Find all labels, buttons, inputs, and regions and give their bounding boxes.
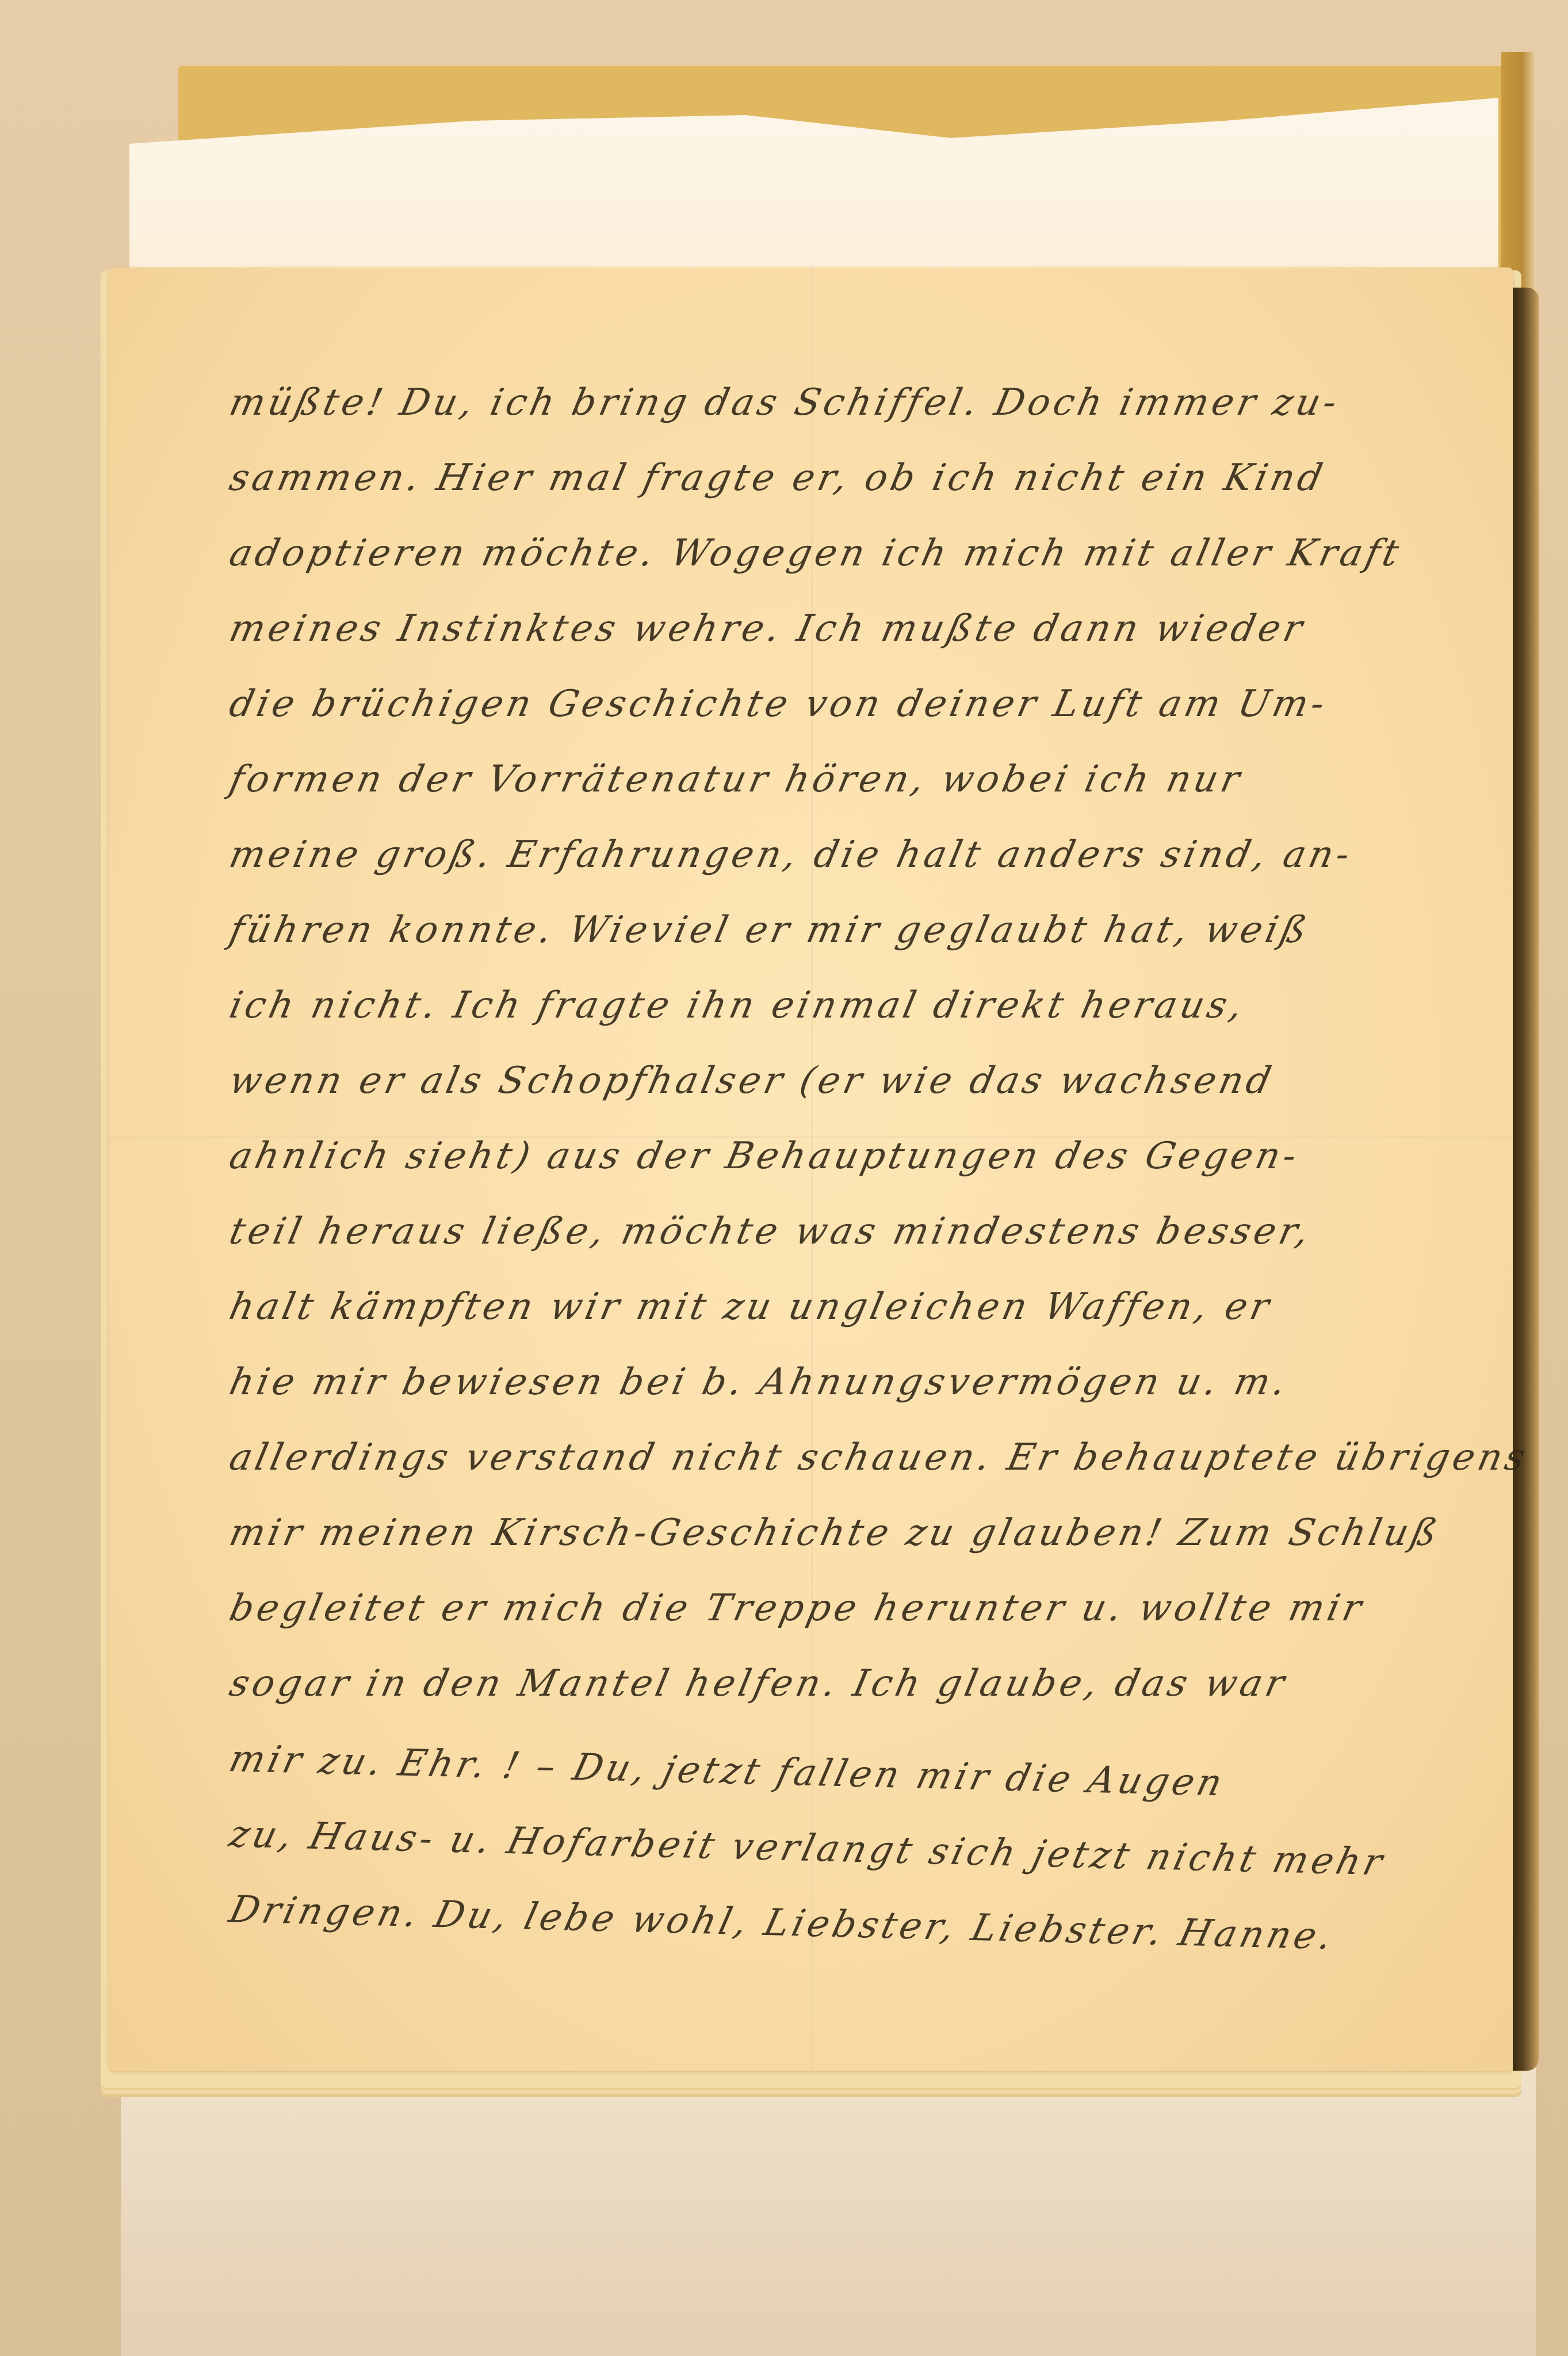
handwritten-line: wenn er als Schopfhalser (er wie das wac… — [222, 1043, 1504, 1119]
handwritten-line: müßte! Du, ich bring das Schiffel. Doch … — [222, 365, 1504, 441]
white-interleaf-sheet-bottom — [121, 2048, 1536, 2356]
handwritten-line: adoptieren möchte. Wogegen ich mich mit … — [222, 516, 1504, 591]
handwritten-line: mir meinen Kirsch-Geschichte zu glauben!… — [222, 1496, 1504, 1571]
handwritten-line: hie mir bewiesen bei b. Ahnungsvermögen … — [222, 1345, 1504, 1420]
handwritten-line: sammen. Hier mal fragte er, ob ich nicht… — [222, 441, 1504, 516]
handwritten-line: begleitet er mich die Treppe herunter u.… — [222, 1571, 1504, 1646]
handwritten-line: meine groß. Erfahrungen, die halt anders… — [222, 817, 1504, 893]
page-edge-shadow — [1513, 288, 1539, 2071]
handwritten-line: ahnlich sieht) aus der Behauptungen des … — [222, 1119, 1504, 1194]
letter-page: müßte! Du, ich bring das Schiffel. Doch … — [109, 267, 1513, 2071]
handwritten-line: allerdings verstand nicht schauen. Er be… — [222, 1420, 1504, 1496]
handwritten-line: sogar in den Mantel helfen. Ich glaube, … — [222, 1646, 1504, 1722]
handwritten-line: teil heraus ließe, möchte was mindestens… — [222, 1194, 1504, 1269]
handwritten-text: müßte! Du, ich bring das Schiffel. Doch … — [230, 365, 1496, 1948]
handwritten-line: meines Instinktes wehre. Ich mußte dann … — [222, 591, 1504, 667]
handwritten-line: formen der Vorrätenatur hören, wobei ich… — [222, 742, 1504, 817]
handwritten-line: die brüchigen Geschichte von deiner Luft… — [222, 667, 1504, 742]
handwritten-line: ich nicht. Ich fragte ihn einmal direkt … — [222, 968, 1504, 1043]
handwritten-line: führen konnte. Wieviel er mir geglaubt h… — [222, 893, 1504, 968]
handwritten-line: halt kämpften wir mit zu ungleichen Waff… — [222, 1269, 1504, 1345]
